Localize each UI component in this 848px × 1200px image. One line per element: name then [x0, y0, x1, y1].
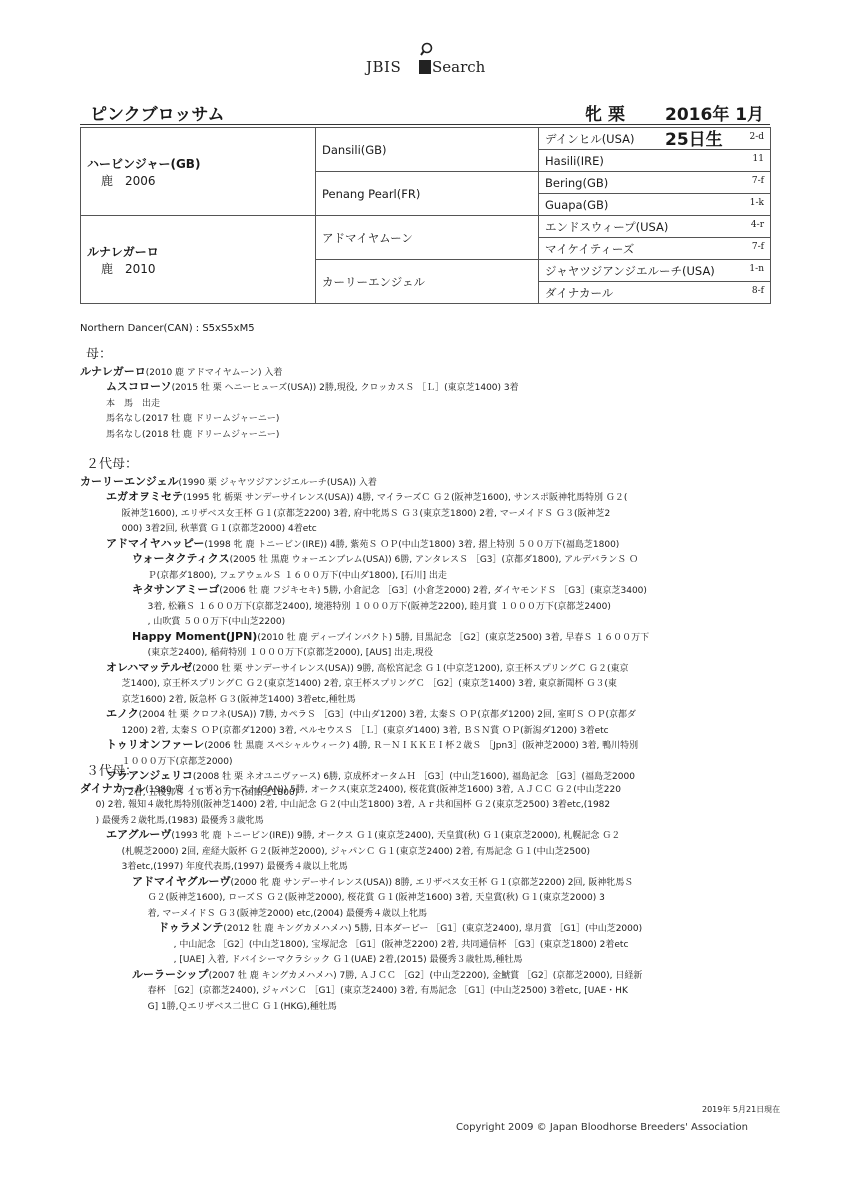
- logo-jbis: JBIS: [366, 58, 401, 76]
- record-text: , 山吹賞 ５００万下(中山芝2200): [148, 617, 286, 627]
- record-text: (東京芝2400), 稲荷特別 １０００万下(京都芝2000), [AUS] 出…: [148, 648, 433, 658]
- record-text: (1998 牝 鹿 トニービン(IRE)) 4勝, 紫苑Ｓ ＯＰ(中山芝1800…: [204, 540, 619, 550]
- horse-name: キタサンアミーゴ: [132, 583, 219, 596]
- record-text: (2010 牡 鹿 ディープインパクト) 5勝, 目黒記念 ［G2］(東京芝25…: [257, 633, 649, 643]
- record-text: (2015 牡 栗 ヘニーヒューズ(USA)) 2勝,現役, クロッカスＳ ［Ｌ…: [172, 383, 519, 393]
- record-text: (2007 牡 鹿 キングカメハメハ) 7勝, ＡＪＣＣ ［G2］(中山芝220…: [209, 971, 643, 981]
- record-text: 春杯 ［G2］(京都芝2400), ジャパンＣ ［G1］(東京芝2400) 3着…: [148, 986, 628, 996]
- record-text: 馬名なし(2018 牡 鹿 ドリームジャーニー): [106, 430, 279, 440]
- record-text: (2006 牡 黒鹿 スペシャルウィーク) 4勝, Ｒ－ＮＩＫＫＥＩ杯２歳Ｓ ［…: [204, 741, 638, 751]
- record-line: アドマイヤグルーヴ(2000 牝 鹿 サンデーサイレンス(USA)) 8勝, エ…: [80, 875, 780, 891]
- record-text: (2000 牝 鹿 サンデーサイレンス(USA)) 8勝, エリザベス女王杯 Ｇ…: [230, 878, 633, 888]
- pedigree-sd-dam: Guapa(GB)1-k: [539, 194, 771, 216]
- record-line: オレハマッテルゼ(2000 牡 栗 サンデーサイレンス(USA)) 9勝, 高松…: [80, 661, 780, 677]
- pedigree-dam-dam: カーリーエンジェル: [316, 260, 539, 304]
- horse-name: エアグルーヴ: [106, 828, 171, 841]
- pedigree-ds-dam: マイケイティーズ7-f: [539, 238, 771, 260]
- pedigree-dd-dam: ダイナカール8-f: [539, 282, 771, 304]
- second-dam-section: ２代母： カーリーエンジェル(1990 栗 ジャヤツジアンジエルーチ(USA))…: [80, 458, 780, 800]
- pedigree-sd-sire: Bering(GB)7-f: [539, 172, 771, 194]
- record-line: 芝1400), 京王杯スプリングＣ Ｇ２(東京芝1400) 2着, 京王杯スプリ…: [80, 676, 780, 692]
- record-text: 本 馬 出走: [106, 399, 160, 409]
- record-line: 3着etc,(1997) 年度代表馬,(1997) 最優秀４歳以上牝馬: [80, 859, 780, 875]
- pedigree-table: ハービンジャー(GB) 鹿 2006 Dansili(GB) デインヒル(USA…: [80, 127, 771, 304]
- record-line: 春杯 ［G2］(京都芝2400), ジャパンＣ ［G1］(東京芝2400) 3着…: [80, 983, 780, 999]
- record-line: Ｇ２(阪神芝1600), ローズＳ Ｇ２(阪神芝2000), 桜花賞 Ｇ１(阪神…: [80, 890, 780, 906]
- horse-name: ウォータクティクス: [132, 552, 230, 565]
- logo-search: Search: [432, 58, 485, 76]
- record-line: , [UAE] 入着, ドバイシーマクラシック Ｇ１(UAE) 2着,(2015…: [80, 952, 780, 968]
- record-text: 1200) 2着, 太秦Ｓ ＯＰ(京都ダ1200) 3着, ペルセウスＳ ［Ｌ］…: [122, 726, 609, 736]
- record-line: G] 1勝,Ｑエリザベス二世Ｃ Ｇ１(HKG),種牡馬: [80, 999, 780, 1015]
- pedigree-dd-sire: ジャヤツジアンジエルーチ(USA)1-n: [539, 260, 771, 282]
- horse-name: オレハマッテルゼ: [106, 661, 192, 674]
- record-line: , 中山記念 ［G2］(中山芝1800), 宝塚記念 ［G1］(阪神芝2200)…: [80, 937, 780, 953]
- record-line: キタサンアミーゴ(2006 牡 鹿 フジキセキ) 5勝, 小倉記念 ［G3］(小…: [80, 583, 780, 599]
- record-line: トゥリオンファーレ(2006 牡 黒鹿 スペシャルウィーク) 4勝, Ｒ－ＮＩＫ…: [80, 738, 780, 754]
- record-line: ダイナカール(1980 鹿 ノーザンテースト(CAN)) 5勝, オークス(東京…: [80, 782, 780, 798]
- horse-name: ムスコローソ: [106, 380, 172, 393]
- horse-name: Happy Moment(JPN): [132, 630, 257, 643]
- horse-name: エノク: [106, 707, 139, 720]
- record-line: エガオヲミセテ(1995 牝 栃栗 サンデーサイレンス(USA)) 4勝, マイ…: [80, 490, 780, 506]
- pedigree-sire-sire: Dansili(GB): [316, 128, 539, 172]
- horse-name: エガオヲミセテ: [106, 490, 183, 503]
- record-line: Happy Moment(JPN)(2010 牡 鹿 ディープインパクト) 5勝…: [80, 630, 780, 646]
- pedigree-ss-sire: デインヒル(USA)2-d: [539, 128, 771, 150]
- pedigree-ss-dam: Hasili(IRE)11: [539, 150, 771, 172]
- dam-section: 母： ルナレガーロ(2010 鹿 アドマイヤムーン) 入着ムスコローソ(2015…: [80, 348, 780, 442]
- record-line: Ｐ(京都ダ1800), フェアウェルＳ １６００万下(中山ダ1800), [石川…: [80, 568, 780, 584]
- sex-color: 牝栗: [585, 100, 631, 125]
- record-line: 0) 2着, 報知４歳牝馬特別(阪神芝1400) 2着, 中山記念 Ｇ２(中山芝…: [80, 797, 780, 813]
- record-line: 京芝1600) 2着, 阪急杯 Ｇ３(阪神芝1400) 3着etc,種牡馬: [80, 692, 780, 708]
- record-text: (1990 栗 ジャヤツジアンジエルーチ(USA)) 入着: [179, 478, 377, 488]
- second-dam-heading: ２代母：: [86, 458, 780, 473]
- record-text: (2005 牡 黒鹿 ウォーエンブレム(USA)) 6勝, アンタレスＳ ［G3…: [230, 555, 639, 565]
- record-text: 3着, 松籟Ｓ １６００万下(京都芝2400), 境港特別 １０００万下(阪神芝…: [148, 602, 611, 612]
- copyright: Copyright 2009 © Japan Bloodhorse Breede…: [456, 1122, 748, 1133]
- record-line: 阪神芝1600), エリザベス女王杯 Ｇ１(京都芝2200) 3着, 府中牝馬Ｓ…: [80, 506, 780, 522]
- record-text: (2004 牡 栗 クロフネ(USA)) 7勝, カペラＳ ［G3］(中山ダ12…: [139, 710, 636, 720]
- pedigree-dam: ルナレガーロ 鹿 2010: [81, 216, 316, 304]
- horse-name: アドマイヤグルーヴ: [132, 875, 230, 888]
- record-text: (1993 牝 鹿 トニービン(IRE)) 9勝, オークス Ｇ１(東京芝240…: [171, 831, 620, 841]
- record-text: , [UAE] 入着, ドバイシーマクラシック Ｇ１(UAE) 2着,(2015…: [174, 955, 523, 965]
- record-text: (1995 牝 栃栗 サンデーサイレンス(USA)) 4勝, マイラーズＣ Ｇ２…: [183, 493, 627, 503]
- record-line: ドゥラメンテ(2012 牡 鹿 キングカメハメハ) 5勝, 日本ダービー ［G1…: [80, 921, 780, 937]
- record-line: ルナレガーロ(2010 鹿 アドマイヤムーン) 入着: [80, 365, 780, 381]
- record-text: 3着etc,(1997) 年度代表馬,(1997) 最優秀４歳以上牝馬: [122, 862, 348, 872]
- record-text: 京芝1600) 2着, 阪急杯 Ｇ３(阪神芝1400) 3着etc,種牡馬: [122, 695, 356, 705]
- record-text: Ｇ２(阪神芝1600), ローズＳ Ｇ２(阪神芝2000), 桜花賞 Ｇ１(阪神…: [148, 893, 605, 903]
- pedigree-sire: ハービンジャー(GB) 鹿 2006: [81, 128, 316, 216]
- record-line: ルーラーシップ(2007 牡 鹿 キングカメハメハ) 7勝, ＡＪＣＣ ［G2］…: [80, 968, 780, 984]
- record-line: ムスコローソ(2015 牡 栗 ヘニーヒューズ(USA)) 2勝,現役, クロッ…: [80, 380, 780, 396]
- record-line: 本 馬 出走: [80, 396, 780, 412]
- record-line: アドマイヤハッピー(1998 牝 鹿 トニービン(IRE)) 4勝, 紫苑Ｓ Ｏ…: [80, 537, 780, 553]
- record-line: 馬名なし(2017 牡 鹿 ドリームジャーニー): [80, 411, 780, 427]
- record-text: 着, マーメイドＳ Ｇ３(阪神芝2000) etc,(2004) 最優秀４歳以上…: [148, 909, 427, 919]
- record-line: 着, マーメイドＳ Ｇ３(阪神芝2000) etc,(2004) 最優秀４歳以上…: [80, 906, 780, 922]
- as-of-date: 2019年 5月21日現在: [702, 1104, 780, 1115]
- record-line: (東京芝2400), 稲荷特別 １０００万下(京都芝2000), [AUS] 出…: [80, 645, 780, 661]
- inbreeding-note: Northern Dancer(CAN) : S5xS5xM5: [80, 323, 255, 334]
- logo-square: [419, 60, 431, 74]
- horse-name: ピンクブロッサム: [90, 100, 224, 125]
- pedigree-sire-dam: Penang Pearl(FR): [316, 172, 539, 216]
- record-text: G] 1勝,Ｑエリザベス二世Ｃ Ｇ１(HKG),種牡馬: [148, 1002, 337, 1012]
- record-text: 0) 2着, 報知４歳牝馬特別(阪神芝1400) 2着, 中山記念 Ｇ２(中山芝…: [96, 800, 611, 810]
- record-line: ) 最優秀２歳牝馬,(1983) 最優秀３歳牝馬: [80, 813, 780, 829]
- record-line: ウォータクティクス(2005 牡 黒鹿 ウォーエンブレム(USA)) 6勝, ア…: [80, 552, 780, 568]
- horse-name: カーリーエンジェル: [80, 475, 179, 488]
- horse-name: ドゥラメンテ: [158, 921, 223, 934]
- record-text: , 中山記念 ［G2］(中山芝1800), 宝塚記念 ［G1］(阪神芝2200)…: [174, 940, 629, 950]
- horse-name: アドマイヤハッピー: [106, 537, 204, 550]
- magnifier-icon: [420, 42, 434, 56]
- third-dam-section: ３代母： ダイナカール(1980 鹿 ノーザンテースト(CAN)) 5勝, オー…: [80, 765, 780, 1014]
- record-line: , 山吹賞 ５００万下(中山芝2200): [80, 614, 780, 630]
- pedigree-dam-sire: アドマイヤムーン: [316, 216, 539, 260]
- horse-name: ダイナカール: [80, 782, 145, 795]
- record-text: (2010 鹿 アドマイヤムーン) 入着: [146, 368, 283, 378]
- record-line: 1200) 2着, 太秦Ｓ ＯＰ(京都ダ1200) 3着, ペルセウスＳ ［Ｌ］…: [80, 723, 780, 739]
- record-line: エアグルーヴ(1993 牝 鹿 トニービン(IRE)) 9勝, オークス Ｇ１(…: [80, 828, 780, 844]
- record-text: Ｐ(京都ダ1800), フェアウェルＳ １６００万下(中山ダ1800), [石川…: [148, 571, 447, 581]
- record-text: (札幌芝2000) 2回, 産経大阪杯 Ｇ２(阪神芝2000), ジャパンＣ Ｇ…: [122, 847, 590, 857]
- record-text: ) 最優秀２歳牝馬,(1983) 最優秀３歳牝馬: [96, 816, 264, 826]
- record-text: 阪神芝1600), エリザベス女王杯 Ｇ１(京都芝2200) 3着, 府中牝馬Ｓ…: [122, 509, 611, 519]
- record-text: (2012 牡 鹿 キングカメハメハ) 5勝, 日本ダービー ［G1］(東京芝2…: [223, 924, 642, 934]
- record-text: (1980 鹿 ノーザンテースト(CAN)) 5勝, オークス(東京芝2400)…: [145, 785, 621, 795]
- horse-title-row: ピンクブロッサム 牝栗 2016年 1月25日生: [80, 96, 770, 125]
- record-text: 芝1400), 京王杯スプリングＣ Ｇ２(東京芝1400) 2着, 京王杯スプリ…: [122, 679, 617, 689]
- record-line: 000) 3着2回, 秋華賞 Ｇ１(京都芝2000) 4着etc: [80, 521, 780, 537]
- record-text: 000) 3着2回, 秋華賞 Ｇ１(京都芝2000) 4着etc: [122, 524, 317, 534]
- record-line: カーリーエンジェル(1990 栗 ジャヤツジアンジエルーチ(USA)) 入着: [80, 475, 780, 491]
- pedigree-ds-sire: エンドスウィープ(USA)4-r: [539, 216, 771, 238]
- record-text: 馬名なし(2017 牡 鹿 ドリームジャーニー): [106, 414, 279, 424]
- jbis-search-logo: JBIS Search: [356, 38, 506, 82]
- record-text: (2006 牡 鹿 フジキセキ) 5勝, 小倉記念 ［G3］(小倉芝2000) …: [219, 586, 647, 596]
- dam-heading: 母：: [86, 348, 780, 363]
- record-line: エノク(2004 牡 栗 クロフネ(USA)) 7勝, カペラＳ ［G3］(中山…: [80, 707, 780, 723]
- record-line: 3着, 松籟Ｓ １６００万下(京都芝2400), 境港特別 １０００万下(阪神芝…: [80, 599, 780, 615]
- record-text: (2000 牡 栗 サンデーサイレンス(USA)) 9勝, 高松宮記念 Ｇ１(中…: [192, 664, 628, 674]
- record-line: 馬名なし(2018 牡 鹿 ドリームジャーニー): [80, 427, 780, 443]
- record-line: (札幌芝2000) 2回, 産経大阪杯 Ｇ２(阪神芝2000), ジャパンＣ Ｇ…: [80, 844, 780, 860]
- horse-name: トゥリオンファーレ: [106, 738, 204, 751]
- third-dam-heading: ３代母：: [86, 765, 780, 780]
- horse-name: ルーラーシップ: [132, 968, 209, 981]
- horse-name: ルナレガーロ: [80, 365, 146, 378]
